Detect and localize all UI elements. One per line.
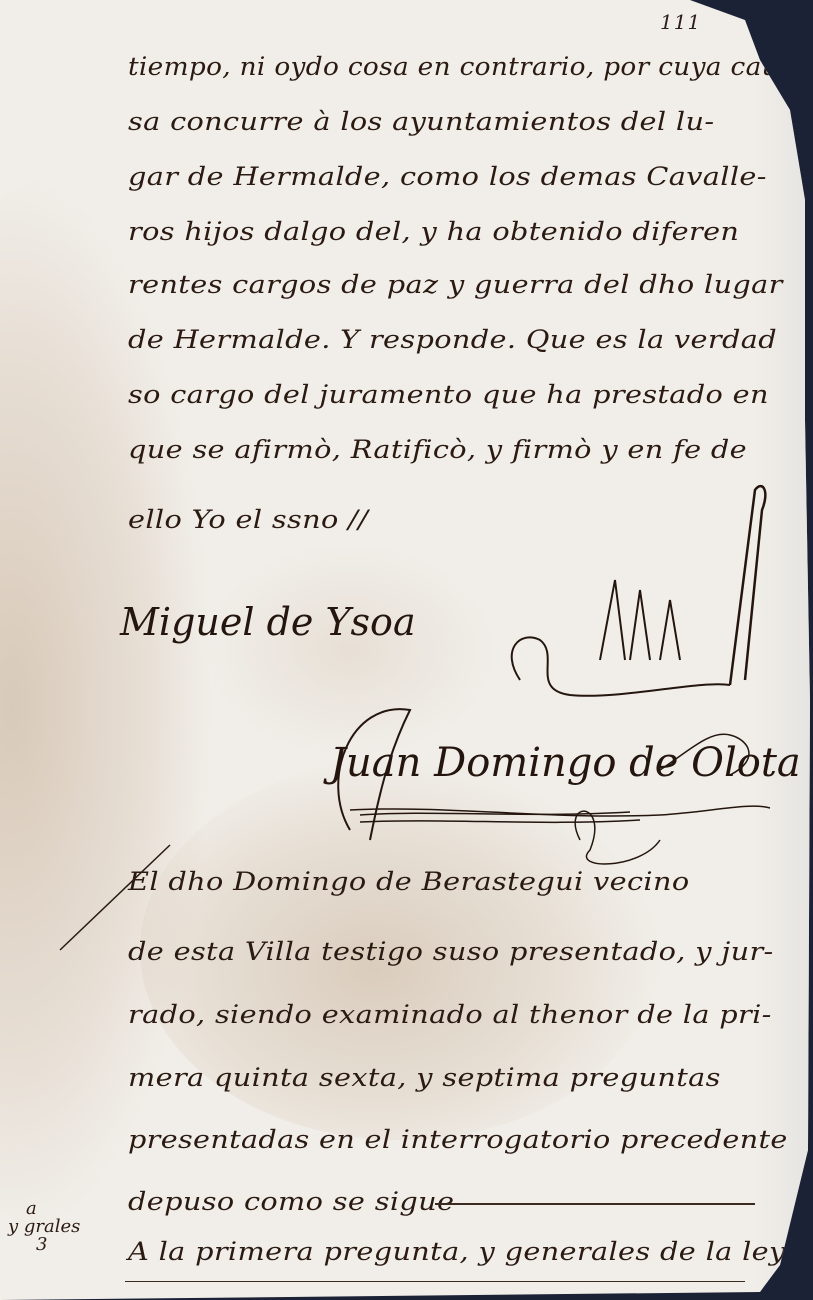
text-line: tiempo, ni oydo cosa en contrario, por c…: [128, 52, 788, 81]
text-line: presentadas en el interrogatorio precede…: [128, 1125, 788, 1154]
text-line: ello Yo el ssno //: [128, 505, 368, 534]
line-filler-stroke: [435, 1203, 755, 1205]
text-line: rentes cargos de paz y guerra del dho lu…: [128, 270, 783, 299]
margin-note-line: 3: [8, 1236, 80, 1254]
signature-miguel: Miguel de Ysoa: [120, 600, 416, 644]
text-line: El dho Domingo de Berastegui vecino: [128, 867, 689, 896]
text-line: de Hermalde. Y responde. Que es la verda…: [128, 325, 777, 354]
text-line: so cargo del juramento que ha prestado e…: [128, 380, 769, 409]
rubric-antonio-icon: [500, 480, 770, 710]
signature-juan-domingo: Juan Domingo de Olota: [330, 740, 801, 786]
margin-note: a y grales 3: [8, 1200, 80, 1254]
closing-underline: [125, 1281, 745, 1282]
text-line: A la primera pregunta, y generales de la…: [128, 1237, 786, 1266]
text-line: que se afirmò, Ratificò, y firmò y en fe…: [128, 435, 747, 464]
text-line: mera quinta sexta, y septima preguntas: [128, 1063, 721, 1092]
text-line: depuso como se sigue: [128, 1187, 454, 1216]
text-line: rado, siendo examinado al thenor de la p…: [128, 1000, 772, 1029]
text-line: gar de Hermalde, como los demas Cavalle-: [128, 162, 767, 191]
text-line: ros hijos dalgo del, y ha obtenido difer…: [128, 217, 739, 246]
text-line: de esta Villa testigo suso presentado, y…: [128, 937, 774, 966]
text-line: sa concurre à los ayuntamientos del lu-: [128, 107, 714, 136]
manuscript-page: 111 tiempo, ni oydo cosa en contrario, p…: [0, 0, 813, 1300]
folio-number: 111: [660, 10, 701, 34]
